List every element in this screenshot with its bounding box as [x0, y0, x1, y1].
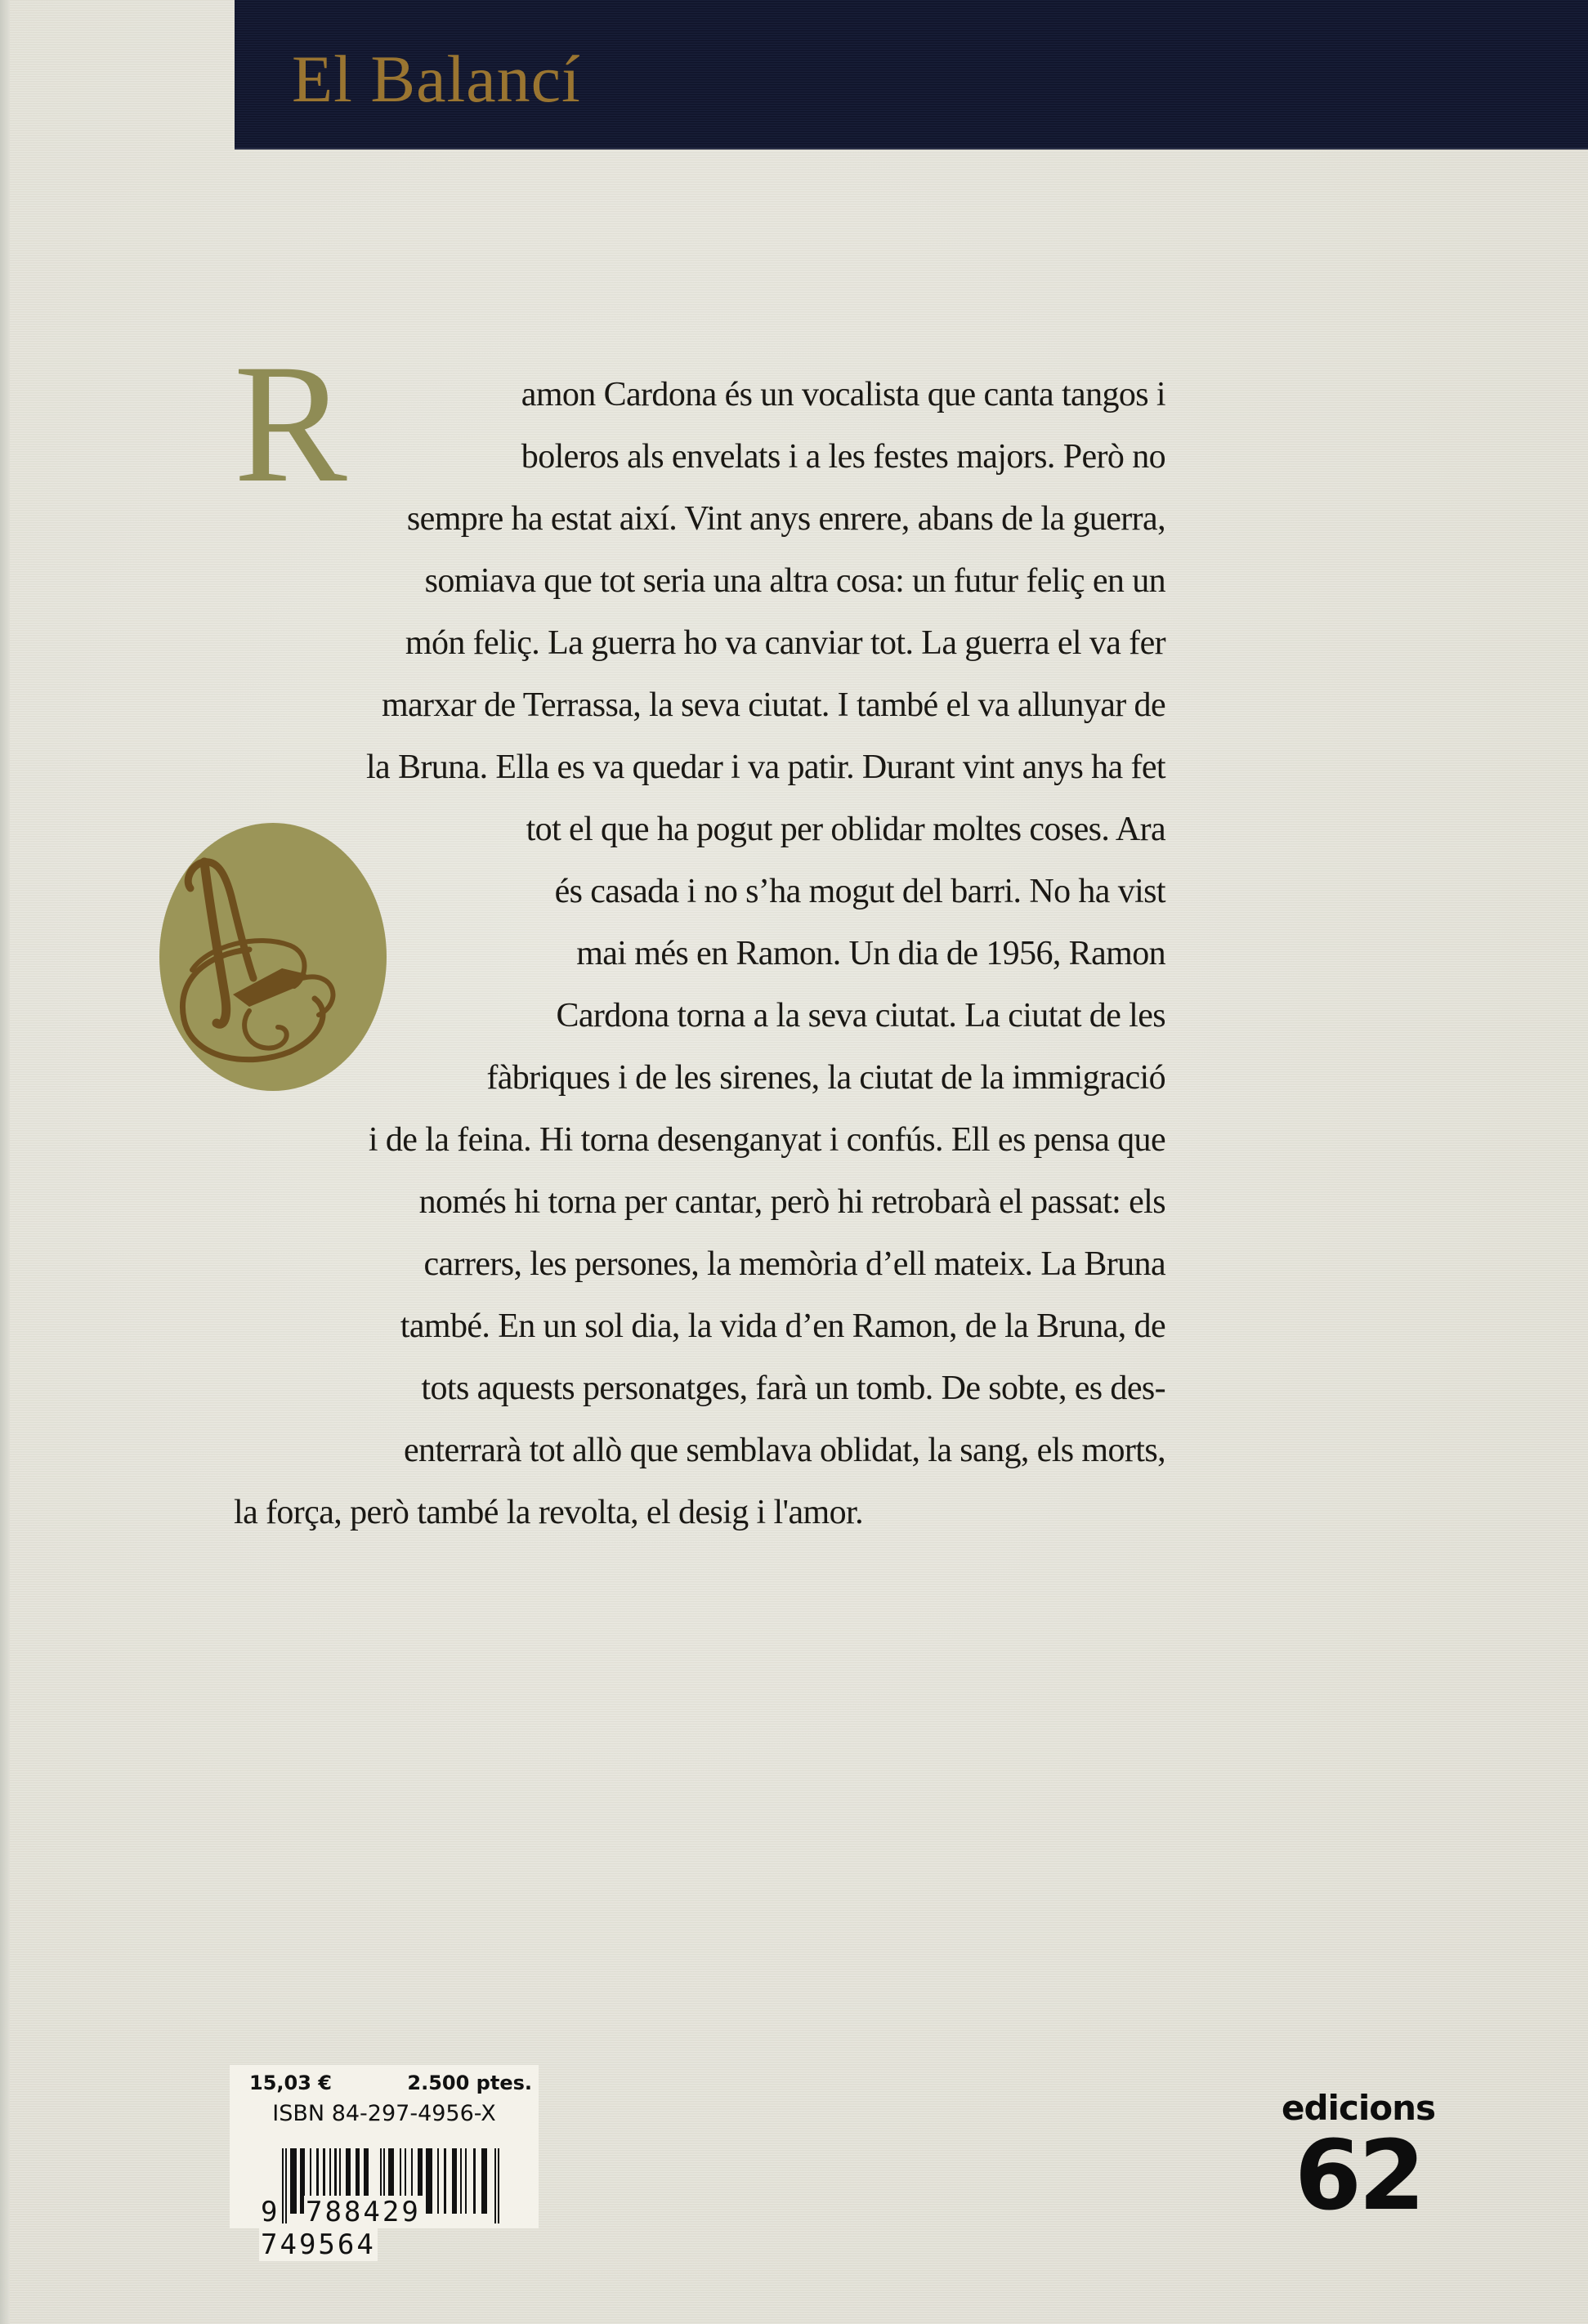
book-spine-edge [0, 0, 10, 2324]
blurb-line: somiava que tot seria una altra cosa: un… [425, 564, 1165, 598]
barcode-group-2: 749564 [259, 2228, 378, 2261]
blurb-line: també. En un sol dia, la vida d’en Ramon… [400, 1309, 1165, 1343]
blurb-line: la Bruna. Ella es va quedar i va patir. … [366, 750, 1165, 784]
price-barcode-label: 15,03 € 2.500 ptes. ISBN 84-297-4956-X 9… [230, 2065, 539, 2228]
barcode-number: 9 788429 749564 [259, 2196, 539, 2261]
blurb-line: tots aquests personatges, farà un tomb. … [421, 1371, 1165, 1406]
price-euro: 15,03 € [249, 2071, 332, 2094]
blurb-line: carrers, les persones, la memòria d’ell … [423, 1247, 1165, 1281]
rocking-chair-icon [159, 823, 387, 1091]
blurb-line: amon Cardona és un vocalista que canta t… [521, 378, 1165, 412]
blurb-line: enterrarà tot allò que semblava oblidat,… [404, 1433, 1165, 1468]
price-row: 15,03 € 2.500 ptes. [249, 2071, 532, 2096]
blurb-line: món feliç. La guerra ho va canviar tot. … [405, 626, 1165, 660]
barcode-group-1: 788429 [304, 2196, 423, 2228]
blurb-line: boleros als envelats i a les festes majo… [521, 440, 1165, 474]
drop-cap: R [234, 338, 347, 508]
blurb-line-last: la força, però també la revolta, el desi… [234, 1495, 863, 1530]
blurb-line: marxar de Terrassa, la seva ciutat. I ta… [382, 688, 1165, 722]
publisher-number: 62 [1281, 2127, 1436, 2223]
price-pesetas: 2.500 ptes. [407, 2071, 532, 2094]
blurb-line: sempre ha estat així. Vint anys enrere, … [407, 502, 1165, 536]
blurb-line: és casada i no s’ha mogut del barri. No … [555, 874, 1165, 909]
rocking-chair-emblem [159, 823, 387, 1091]
blurb-line: Cardona torna a la seva ciutat. La ciuta… [556, 999, 1165, 1033]
publisher-logo: edicions 62 [1281, 2091, 1436, 2223]
isbn: ISBN 84-297-4956-X [230, 2101, 539, 2126]
series-title: El Balancí [292, 46, 581, 113]
blurb-line: mai més en Ramon. Un dia de 1956, Ramon [576, 936, 1165, 971]
barcode-first-digit: 9 [259, 2196, 281, 2228]
blurb-line: fàbriques i de les sirenes, la ciutat de… [486, 1061, 1165, 1095]
blurb-line: només hi torna per cantar, però hi retro… [419, 1185, 1165, 1219]
blurb-line: tot el que ha pogut per oblidar moltes c… [526, 812, 1165, 847]
blurb-line: i de la feina. Hi torna desenganyat i co… [369, 1123, 1165, 1157]
